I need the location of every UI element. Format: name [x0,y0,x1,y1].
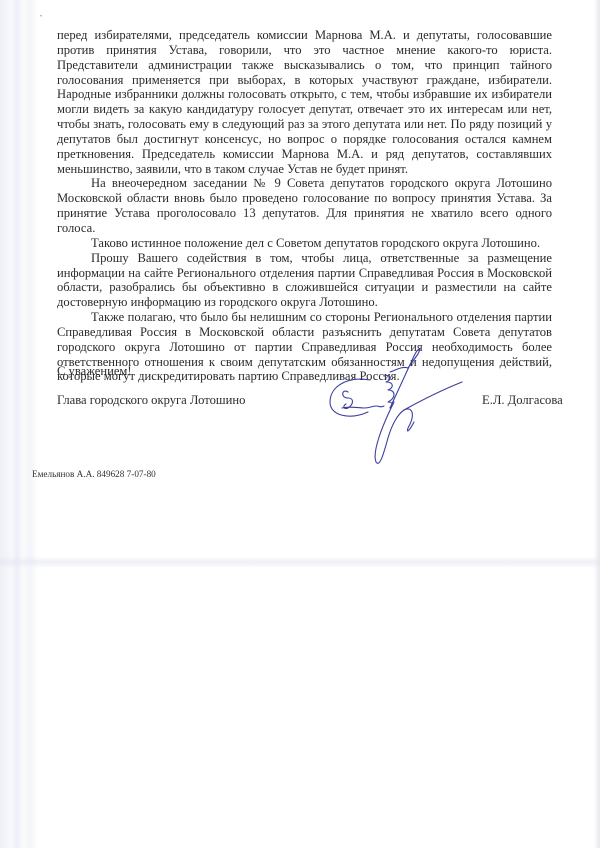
handwritten-signature-icon [318,342,468,472]
paragraph-3: Таково истинное положение дел с Советом … [57,236,552,251]
corner-mark: • [40,14,42,20]
scan-fold-band [0,556,600,568]
paragraph-2: На внеочередном заседании № 9 Совета деп… [57,176,552,235]
signatory-name: Е.Л. Долгасова [482,393,563,408]
closing-salutation: С уважением! [57,364,132,379]
letter-body: перед избирателями, председатель комисси… [57,28,552,384]
executor-contact: Емельянов А.А. 849628 7-07-80 [32,469,156,479]
scan-edge-right [594,0,600,848]
paragraph-1: перед избирателями, председатель комисси… [57,28,552,176]
signatory-position: Глава городского округа Лотошино [57,393,245,408]
scan-edge-left [0,0,38,848]
paragraph-4: Прошу Вашего содействия в том, чтобы лиц… [57,251,552,310]
